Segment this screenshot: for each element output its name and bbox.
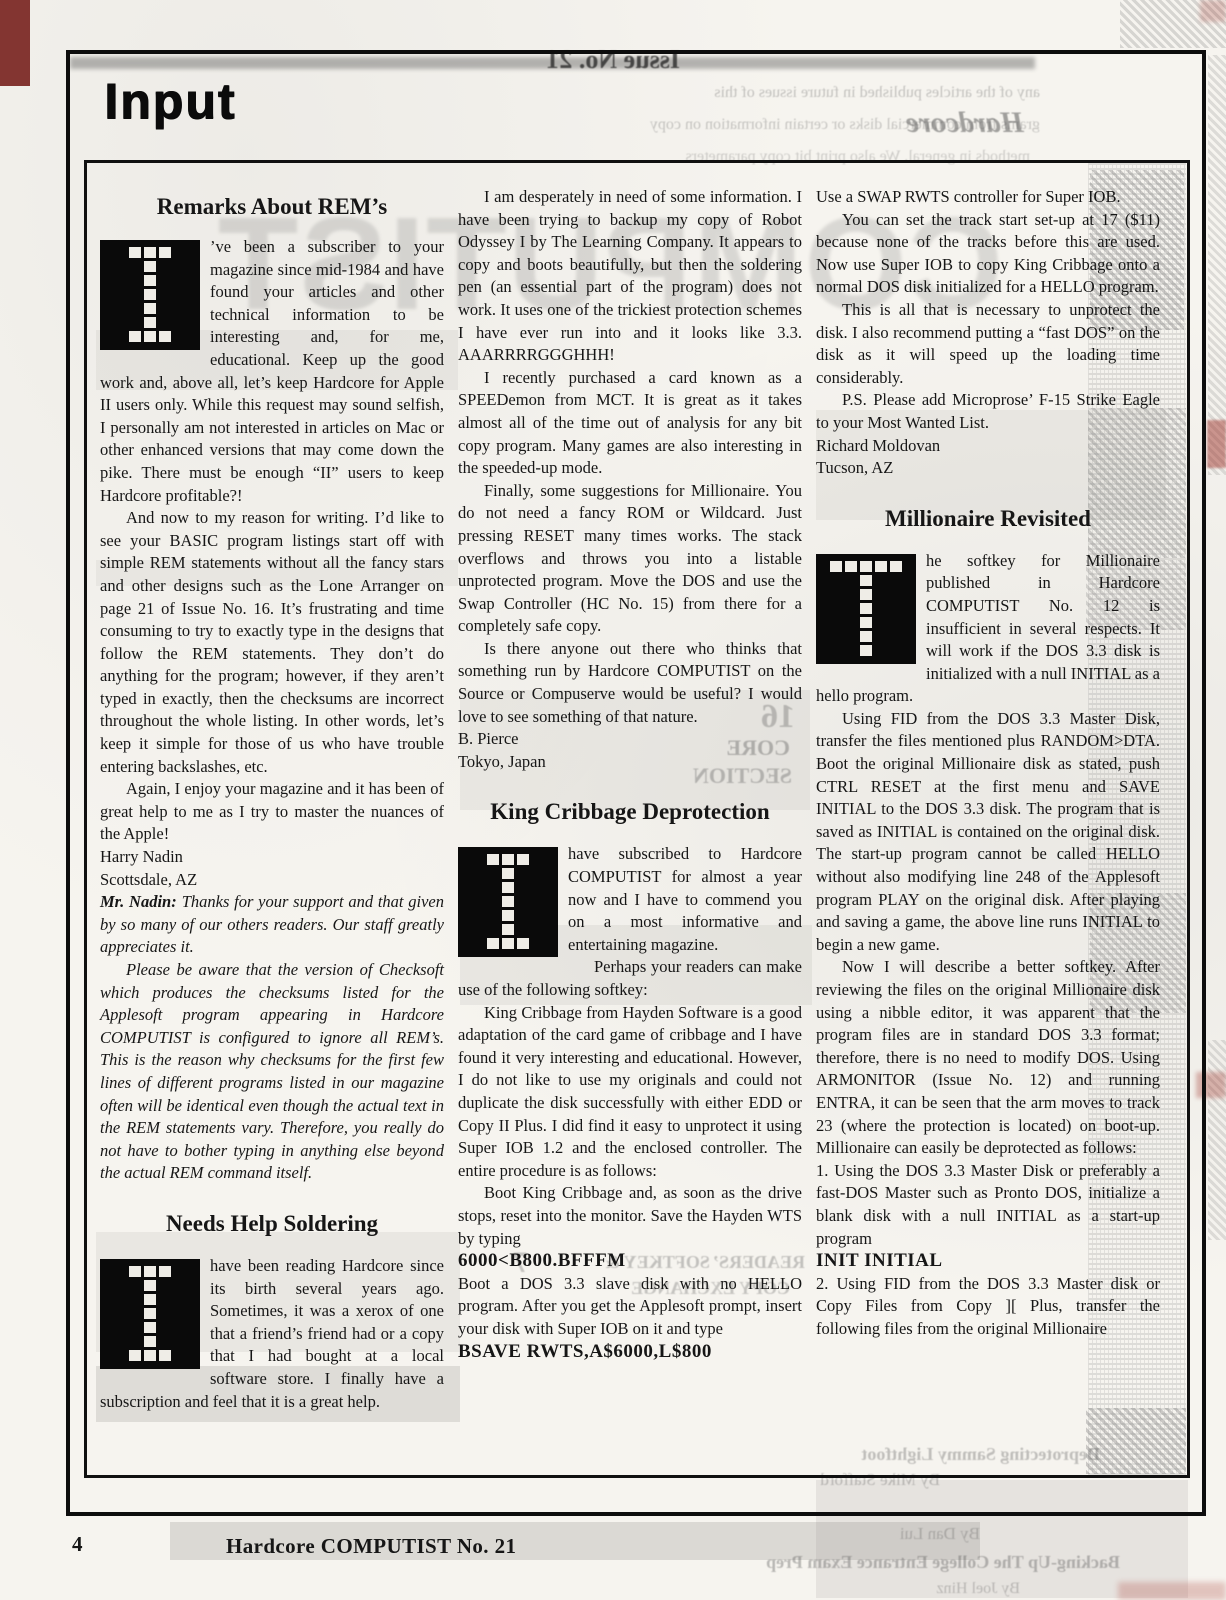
- editor-reply-paragraph: Please be aware that the version of Chec…: [100, 959, 444, 1185]
- letter-paragraph: ’ve been a subscriber to your magazine s…: [100, 236, 444, 507]
- letters-columns: Remarks About REM’s ’ve been a subscribe…: [100, 186, 1170, 1413]
- signature: B. PierceTokyo, Japan: [458, 728, 802, 773]
- letter-paragraph: King Cribbage from Hayden Software is a …: [458, 1002, 802, 1183]
- letter-paragraph: You can set the track start set-up at 17…: [816, 209, 1160, 299]
- article-heading-millionaire-revisited: Millionaire Revisited: [816, 506, 1160, 532]
- letter-paragraph: Boot a DOS 3.3 slave disk with no HELLO …: [458, 1273, 802, 1341]
- letter-paragraph: And now to my reason for writing. I’d li…: [100, 507, 444, 778]
- section-title-input: Input: [104, 72, 236, 130]
- editor-reply-paragraph: Mr. Nadin:Thanks for your support and th…: [100, 891, 444, 959]
- letter-paragraph: I am desperately in need of some informa…: [458, 186, 802, 367]
- procedure-step: 1. Using the DOS 3.3 Master Disk or pref…: [816, 1160, 1160, 1250]
- letter-paragraph: Now I will describe a better softkey. Af…: [816, 956, 1160, 1159]
- procedure-step: 2. Using FID from the DOS 3.3 Master dis…: [816, 1273, 1160, 1341]
- letter-paragraph: have subscribed to Hardcore COMPUTIST fo…: [458, 843, 802, 956]
- dropcap-i-icon: [100, 1259, 200, 1369]
- letter-paragraph: he softkey for Millionaire published in …: [816, 550, 1160, 708]
- letter-paragraph: Using FID from the DOS 3.3 Master Disk, …: [816, 708, 1160, 957]
- article-heading-needs-help-soldering: Needs Help Soldering: [100, 1211, 444, 1237]
- column-3: Use a SWAP RWTS controller for Super IOB…: [816, 186, 1160, 1413]
- article-heading-remarks-about-rems: Remarks About REM’s: [100, 194, 444, 220]
- letter-paragraph: Finally, some suggestions for Millionair…: [458, 480, 802, 638]
- letter-paragraph: I recently purchased a card known as a S…: [458, 367, 802, 480]
- letter-paragraph: P.S. Please add Microprose’ F-15 Strike …: [816, 389, 1160, 434]
- page-number: 4: [72, 1532, 83, 1557]
- letter-paragraph: Again, I enjoy your magazine and it has …: [100, 778, 444, 846]
- bsave-command: BSAVE RWTS,A$6000,L$800: [458, 1341, 802, 1364]
- letter-paragraph: have been reading Hardcore since its bir…: [100, 1255, 444, 1413]
- dropcap-i-icon: [458, 847, 558, 957]
- column-2: I am desperately in need of some informa…: [458, 186, 802, 1413]
- signature: Harry NadinScottsdale, AZ: [100, 846, 444, 891]
- signature: Richard MoldovanTucson, AZ: [816, 435, 1160, 480]
- dropcap-t-icon: [816, 554, 916, 664]
- monitor-command: 6000<B800.BFFFM: [458, 1250, 802, 1273]
- init-command: INIT INITIAL: [816, 1250, 1160, 1273]
- letter-paragraph: Use a SWAP RWTS controller for Super IOB…: [816, 186, 1160, 209]
- letter-paragraph: This is all that is necessary to unprote…: [816, 299, 1160, 389]
- column-1: Remarks About REM’s ’ve been a subscribe…: [100, 186, 444, 1413]
- letter-paragraph: Boot King Cribbage and, as soon as the d…: [458, 1182, 802, 1250]
- letter-paragraph: Is there anyone out there who thinks tha…: [458, 638, 802, 728]
- journal-title-footer: Hardcore COMPUTIST No. 21: [226, 1534, 516, 1559]
- dropcap-i-icon: [100, 240, 200, 350]
- letter-paragraph: Perhaps your readers can make use of the…: [458, 956, 802, 1001]
- article-heading-king-cribbage-deprotection: King Cribbage Deprotection: [458, 799, 802, 825]
